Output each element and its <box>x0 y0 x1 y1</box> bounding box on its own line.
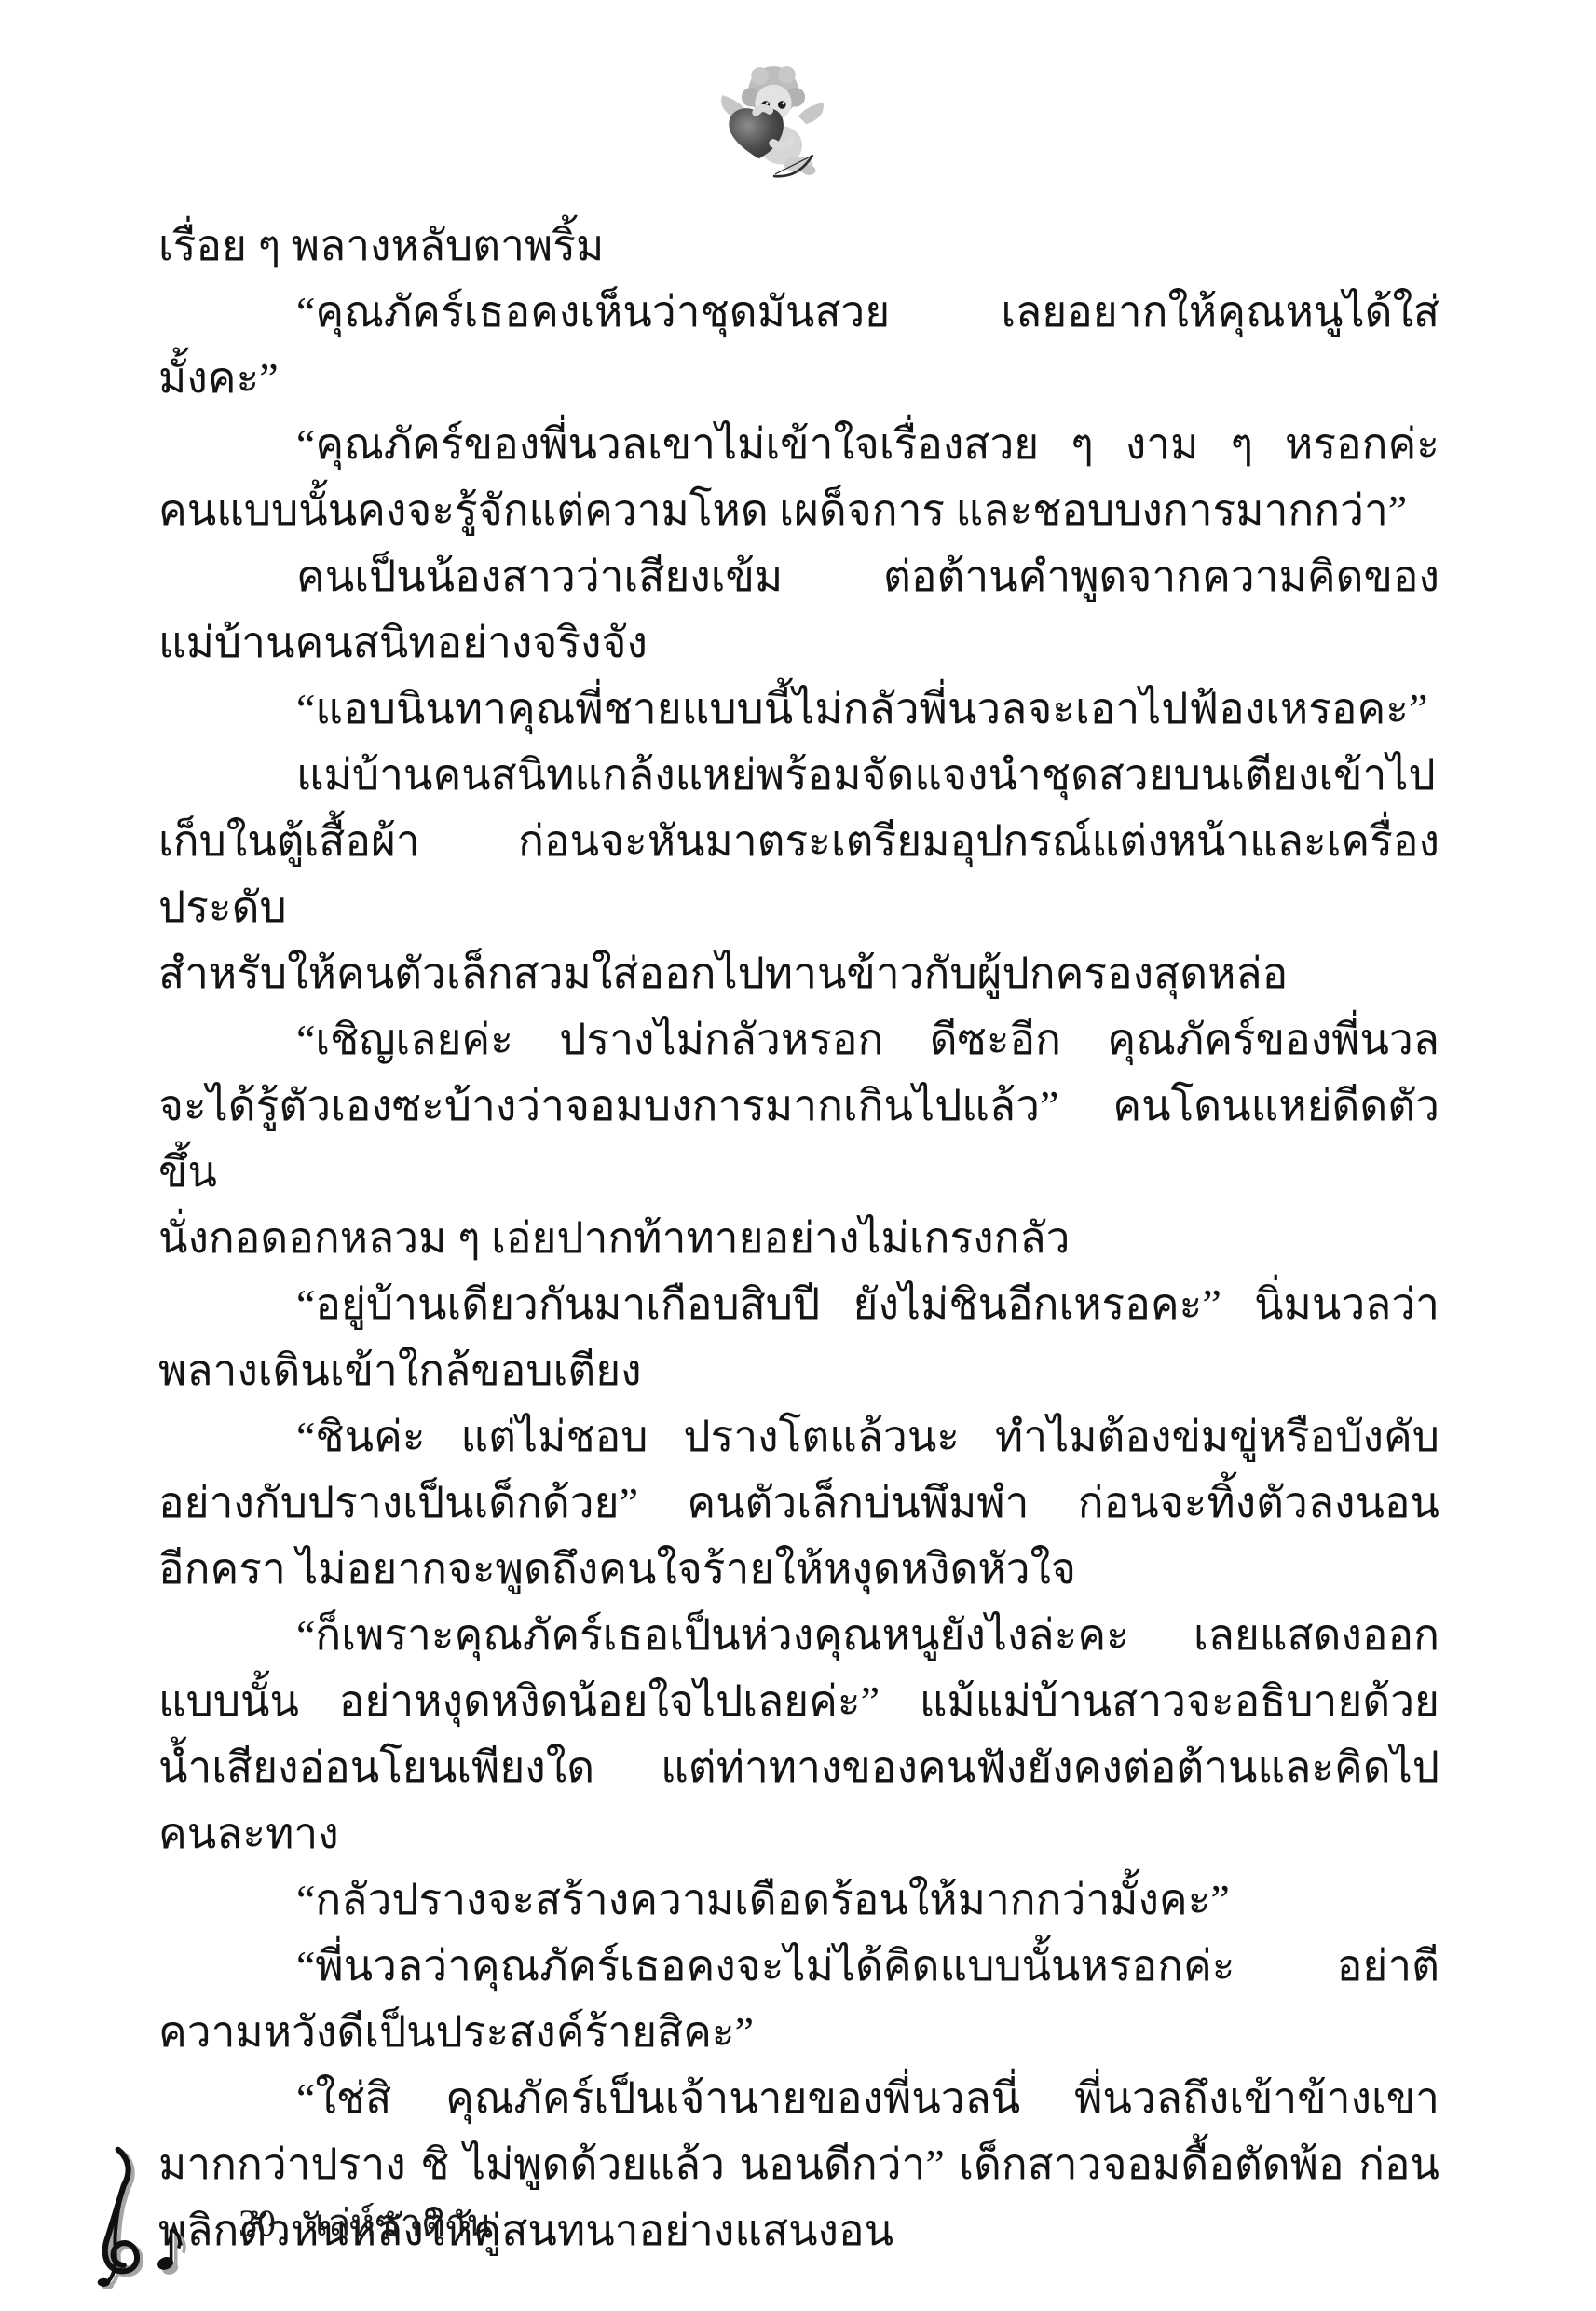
paragraph: “ก็เพราะคุณภัคร์เธอเป็นห่วงคุณหนูยังไงล่… <box>158 1602 1439 1867</box>
paragraph: “แอบนินทาคุณพี่ชายแบบนี้ไม่กลัวพี่นวลจะเ… <box>158 676 1439 742</box>
text-line: “คุณภัคร์เธอคงเห็นว่าชุดมันสวย เลยอยากให… <box>158 279 1439 345</box>
text-line: อีกครา ไม่อยากจะพูดถึงคนใจร้ายให้หงุดหงิ… <box>158 1536 1439 1602</box>
text-line: “พี่นวลว่าคุณภัคร์เธอคงจะไม่ได้คิดแบบนั้… <box>158 1933 1439 1999</box>
text-line: เก็บในตู้เสื้อผ้า ก่อนจะหันมาตระเตรียมอุ… <box>158 808 1439 940</box>
text-line: เรื่อย ๆ พลางหลับตาพริ้ม <box>158 212 1439 279</box>
paragraph: เรื่อย ๆ พลางหลับตาพริ้ม <box>158 212 1439 279</box>
cupid-heart-icon <box>716 62 831 181</box>
text-line: “เชิญเลยค่ะ ปรางไม่กลัวหรอก ดีซะอีก คุณภ… <box>158 1006 1439 1073</box>
text-line: คนเป็นน้องสาวว่าเสียงเข้ม ต่อต้านคำพูดจา… <box>158 543 1439 609</box>
music-notes-icon <box>86 2141 190 2289</box>
text-line: “ก็เพราะคุณภัคร์เธอเป็นห่วงคุณหนูยังไงล่… <box>158 1602 1439 1668</box>
text-line: แม่บ้านคนสนิทอย่างจริงจัง <box>158 609 1439 676</box>
text-line: สำหรับให้คนตัวเล็กสวมใส่ออกไปทานข้าวกับผ… <box>158 940 1439 1006</box>
text-line: มั้งคะ” <box>158 345 1439 411</box>
paragraph: “กลัวปรางจะสร้างความเดือดร้อนให้มากกว่าม… <box>158 1867 1439 1933</box>
page-footer: 30 เล่ห์ซาตาน <box>239 2201 492 2246</box>
book-title: เล่ห์ซาตาน <box>315 2201 492 2246</box>
paragraph: “ชินค่ะ แต่ไม่ชอบ ปรางโตแล้วนะ ทำไมต้องข… <box>158 1403 1439 1602</box>
paragraph: คนเป็นน้องสาวว่าเสียงเข้ม ต่อต้านคำพูดจา… <box>158 543 1439 676</box>
text-line: นั่งกอดอกหลวม ๆ เอ่ยปากท้าทายอย่างไม่เกร… <box>158 1205 1439 1271</box>
paragraph: “อยู่บ้านเดียวกันมาเกือบสิบปี ยังไม่ชินอ… <box>158 1271 1439 1403</box>
text-line: พลางเดินเข้าใกล้ขอบเตียง <box>158 1337 1439 1403</box>
text-line: “แอบนินทาคุณพี่ชายแบบนี้ไม่กลัวพี่นวลจะเ… <box>158 676 1439 742</box>
body-text: เรื่อย ๆ พลางหลับตาพริ้ม“คุณภัคร์เธอคงเห… <box>158 212 1439 2263</box>
book-page: เรื่อย ๆ พลางหลับตาพริ้ม“คุณภัคร์เธอคงเห… <box>0 0 1596 2311</box>
text-line: “ชินค่ะ แต่ไม่ชอบ ปรางโตแล้วนะ ทำไมต้องข… <box>158 1403 1439 1470</box>
text-line: จะได้รู้ตัวเองซะบ้างว่าจอมบงการมากเกินไป… <box>158 1073 1439 1205</box>
text-line: คนละทาง <box>158 1800 1439 1867</box>
text-line: อย่างกับปรางเป็นเด็กด้วย” คนตัวเล็กบ่นพึ… <box>158 1470 1439 1536</box>
text-line: ความหวังดีเป็นประสงค์ร้ายสิคะ” <box>158 1999 1439 2065</box>
text-line: “กลัวปรางจะสร้างความเดือดร้อนให้มากกว่าม… <box>158 1867 1439 1933</box>
text-line: มากกว่าปราง ชิ ไม่พูดด้วยแล้ว นอนดีกว่า”… <box>158 2131 1439 2197</box>
cupid-heart-ornament <box>716 62 831 181</box>
paragraph: “คุณภัคร์เธอคงเห็นว่าชุดมันสวย เลยอยากให… <box>158 279 1439 411</box>
text-line: น้ำเสียงอ่อนโยนเพียงใด แต่ท่าทางของคนฟัง… <box>158 1734 1439 1800</box>
page-number: 30 <box>239 2201 276 2246</box>
paragraph: “เชิญเลยค่ะ ปรางไม่กลัวหรอก ดีซะอีก คุณภ… <box>158 1006 1439 1271</box>
text-line: “ใช่สิ คุณภัคร์เป็นเจ้านายของพี่นวลนี่ พ… <box>158 2065 1439 2131</box>
paragraph: แม่บ้านคนสนิทแกล้งแหย่พร้อมจัดแจงนำชุดสว… <box>158 742 1439 1006</box>
text-line: คนแบบนั้นคงจะรู้จักแต่ความโหด เผด็จการ แ… <box>158 477 1439 543</box>
paragraph: “คุณภัคร์ของพี่นวลเขาไม่เข้าใจเรื่องสวย … <box>158 411 1439 543</box>
text-line: แบบนั้น อย่าหงุดหงิดน้อยใจไปเลยค่ะ” แม้แ… <box>158 1668 1439 1734</box>
text-line: แม่บ้านคนสนิทแกล้งแหย่พร้อมจัดแจงนำชุดสว… <box>158 742 1439 808</box>
text-line: “คุณภัคร์ของพี่นวลเขาไม่เข้าใจเรื่องสวย … <box>158 411 1439 477</box>
paragraph: “พี่นวลว่าคุณภัคร์เธอคงจะไม่ได้คิดแบบนั้… <box>158 1933 1439 2065</box>
text-line: “อยู่บ้านเดียวกันมาเกือบสิบปี ยังไม่ชินอ… <box>158 1271 1439 1337</box>
